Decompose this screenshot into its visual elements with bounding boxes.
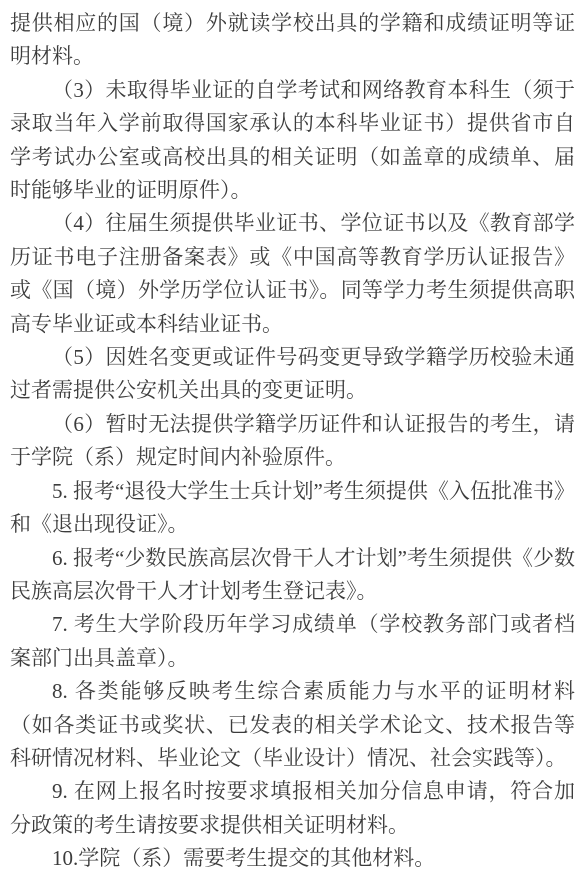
paragraph-item-6-sub: （6）暂时无法提供学籍学历证件和认证报告的考生，请于学院（系）规定时间内补验原件…: [10, 408, 575, 475]
paragraph-item-10: 10.学院（系）需要考生提交的其他材料。: [10, 842, 575, 875]
paragraph-item-9: 9. 在网上报名时按要求填报相关加分信息申请，符合加分政策的考生请按要求提供相关…: [10, 775, 575, 842]
paragraph-item-5: 5. 报考“退役大学生士兵计划”考生须提供《入伍批准书》和《退出现役证》。: [10, 475, 575, 542]
paragraph-item-3: （3）未取得毕业证的自学考试和网络教育本科生（须于录取当年入学前取得国家承认的本…: [10, 74, 575, 208]
paragraph-item-5-sub: （5）因姓名变更或证件号码变更导致学籍学历校验未通过者需提供公安机关出具的变更证…: [10, 341, 575, 408]
document-page: 提供相应的国（境）外就读学校出具的学籍和成绩证明等证明材料。 （3）未取得毕业证…: [0, 0, 584, 884]
paragraph-item-4: （4）往届生须提供毕业证书、学位证书以及《教育部学历证书电子注册备案表》或《中国…: [10, 207, 575, 341]
paragraph-item-7: 7. 考生大学阶段历年学习成绩单（学校教务部门或者档案部门出具盖章）。: [10, 608, 575, 675]
paragraph-item-8: 8. 各类能够反映考生综合素质能力与水平的证明材料（如各类证书或奖状、已发表的相…: [10, 675, 575, 775]
paragraph-item-6: 6. 报考“少数民族高层次骨干人才计划”考生须提供《少数民族高层次骨干人才计划考…: [10, 542, 575, 609]
paragraph-continuation: 提供相应的国（境）外就读学校出具的学籍和成绩证明等证明材料。: [10, 7, 575, 74]
